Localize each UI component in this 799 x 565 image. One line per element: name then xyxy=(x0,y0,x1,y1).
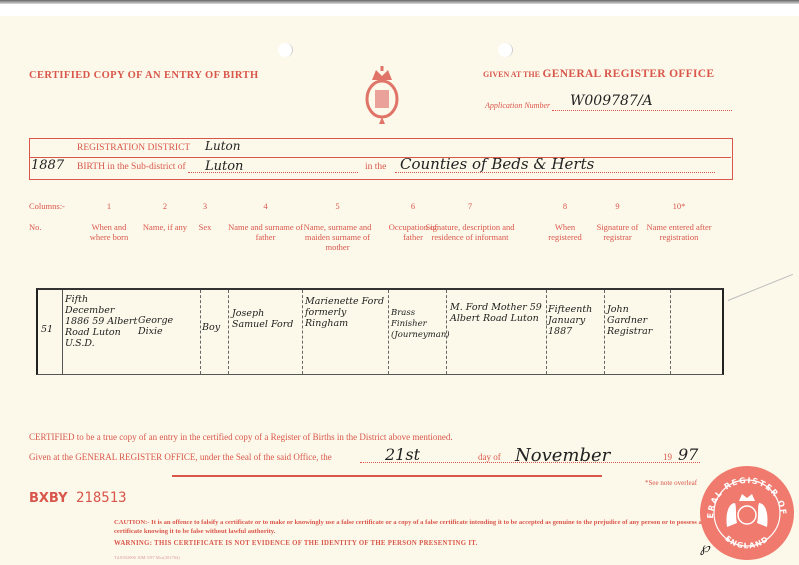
punch-hole xyxy=(498,43,513,57)
registration-box-divider xyxy=(29,157,731,158)
general-register-office-seal-icon: GENERAL REGISTER OFFICE ENGLAND xyxy=(699,465,795,561)
application-number-value: W009787/A xyxy=(570,93,653,109)
registration-district-value: Luton xyxy=(205,139,240,153)
column-heading: Signature, description and residence of … xyxy=(420,222,520,242)
entry-when-where-born: Fifth December 1886 59 Albert Road Luton… xyxy=(65,294,140,349)
column-heading: No. xyxy=(29,222,59,232)
column-divider xyxy=(228,290,229,374)
column-divider xyxy=(546,290,547,374)
column-number: 2 xyxy=(155,201,175,211)
issuer-name: GENERAL REGISTER OFFICE xyxy=(543,68,715,80)
print-code: Td.8392006 10M 5/97 Mcr(201764) xyxy=(114,555,180,560)
entry-informant: M. Ford Mother 59 Albert Road Luton xyxy=(450,302,544,324)
column-heading: When and where born xyxy=(84,222,134,242)
entry-occupation: Brass Finisher (Journeyman) xyxy=(391,308,446,341)
entry-number: 51 xyxy=(41,324,53,335)
application-number-line xyxy=(552,110,732,111)
official-initials: ℘ xyxy=(700,540,710,556)
column-heading: When registered xyxy=(540,222,590,242)
entry-name: George Dixie xyxy=(138,315,193,337)
columns-label: Columns:- xyxy=(29,201,65,211)
entry-father: Joseph Samuel Ford xyxy=(232,308,300,330)
certification-statement: CERTIFIED to be a true copy of an entry … xyxy=(29,432,453,442)
serial-number: 218513 xyxy=(76,490,127,506)
see-note: *See note overleaf xyxy=(645,479,697,487)
column-heading: Signature of registrar xyxy=(590,222,645,242)
column-divider xyxy=(670,290,671,374)
register-entry: 51 Fifth December 1886 59 Albert Road Lu… xyxy=(36,288,724,375)
caution-notice: CAUTION:- It is an offence to falsify a … xyxy=(114,518,714,536)
registration-year: 1887 xyxy=(31,158,64,173)
warning-notice: WARNING: THIS CERTIFICATE IS NOT EVIDENC… xyxy=(114,540,478,547)
punch-hole xyxy=(278,43,293,57)
column-divider xyxy=(388,290,389,374)
certification-rule xyxy=(172,475,602,477)
column-number: 1 xyxy=(99,201,119,211)
application-number-label: Application Number xyxy=(485,101,550,110)
day-of-label: day of xyxy=(478,452,501,462)
column-number: 6 xyxy=(403,201,423,211)
column-number: 10* xyxy=(669,201,689,211)
column-number: 4 xyxy=(256,201,276,211)
certification-day: 21st xyxy=(385,445,420,464)
scan-margin xyxy=(0,4,799,16)
column-number: 3 xyxy=(195,201,215,211)
issuer-heading: GIVEN AT THE GENERAL REGISTER OFFICE xyxy=(483,68,714,80)
subdistrict-label: BIRTH in the Sub-district of xyxy=(77,162,186,172)
entry-when-registered: Fifteenth January 1887 xyxy=(548,304,604,337)
entry-mother: Marienette Ford formerly Ringham xyxy=(305,296,385,329)
column-heading: Name entered after registration xyxy=(644,222,714,242)
certificate-serial: BXBY 218513 xyxy=(29,490,127,506)
in-the-label: in the xyxy=(365,162,386,172)
subdistrict-value: Luton xyxy=(205,159,243,174)
certification-given-at: Given at the GENERAL REGISTER OFFICE, un… xyxy=(29,452,332,462)
issuer-prefix: GIVEN AT THE xyxy=(483,70,540,79)
column-heading: Sex xyxy=(195,222,215,232)
column-number: 9 xyxy=(608,201,628,211)
serial-prefix: BXBY xyxy=(29,491,68,506)
column-heading: Name and surname of father xyxy=(228,222,303,242)
column-divider xyxy=(200,290,201,374)
entry-registrar: John Gardner Registrar xyxy=(607,304,669,337)
column-divider xyxy=(302,290,303,374)
year-prefix: 19 xyxy=(663,452,672,462)
county-value: Counties of Beds & Herts xyxy=(400,155,594,173)
column-heading: Name, surname and maiden surname of moth… xyxy=(300,222,375,252)
column-number: 5 xyxy=(328,201,348,211)
certification-year-suffix: 97 xyxy=(678,445,698,464)
royal-crest-icon xyxy=(362,66,402,126)
column-number: 7 xyxy=(460,201,480,211)
column-heading: Name, if any xyxy=(135,222,195,232)
registration-district-label: REGISTRATION DISTRICT xyxy=(77,143,190,153)
column-number: 8 xyxy=(555,201,575,211)
column-divider xyxy=(62,290,63,374)
entry-sex: Boy xyxy=(202,322,228,333)
column-divider xyxy=(604,290,605,374)
certification-month: November xyxy=(515,445,610,466)
certificate-title: CERTIFIED COPY OF AN ENTRY OF BIRTH xyxy=(29,70,259,81)
